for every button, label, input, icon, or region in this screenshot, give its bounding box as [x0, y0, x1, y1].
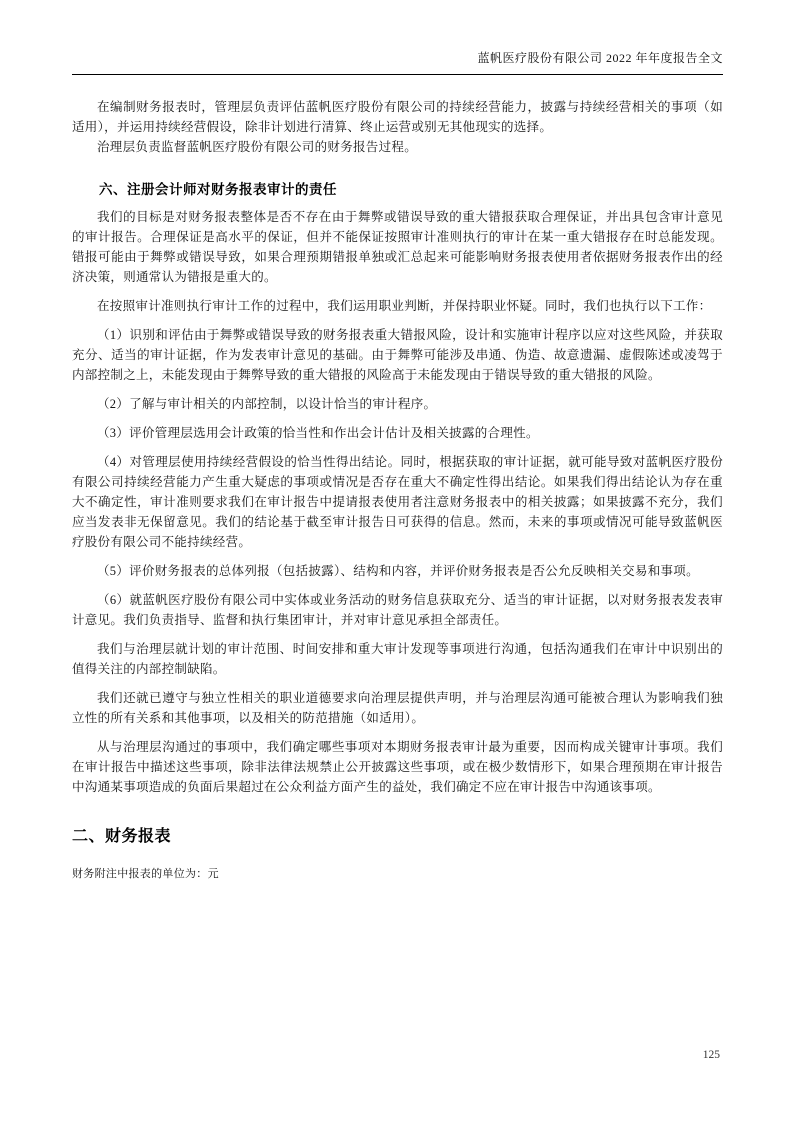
header-title: 蓝帆医疗股份有限公司 2022 年年度报告全文	[477, 51, 723, 65]
audit-list-item-4: （4）对管理层使用持续经营假设的恰当性得出结论。同时，根据获取的审计证据，就可能…	[72, 452, 723, 552]
audit-paragraph: 我们的目标是对财务报表整体是否不存在由于舞弊或错误导致的重大错报获取合理保证，并…	[72, 207, 723, 287]
audit-list-item-2: （2）了解与审计相关的内部控制，以设计恰当的审计程序。	[72, 394, 723, 414]
section-heading-auditor-responsibility: 六、注册会计师对财务报表审计的责任	[72, 178, 723, 198]
audit-list-item-6: （6）就蓝帆医疗股份有限公司中实体或业务活动的财务信息获取充分、适当的审计证据，…	[72, 590, 723, 630]
audit-paragraph: 从与治理层沟通过的事项中，我们确定哪些事项对本期财务报表审计最为重要，因而构成关…	[72, 737, 723, 797]
page-number: 125	[703, 1049, 720, 1061]
intro-paragraph: 治理层负责监督蓝帆医疗股份有限公司的财务报告过程。	[72, 137, 723, 157]
audit-list-item-1: （1）识别和评估由于舞弊或错误导致的财务报表重大错报风险，设计和实施审计程序以应…	[72, 325, 723, 385]
audit-paragraph: 在按照审计准则执行审计工作的过程中，我们运用职业判断，并保持职业怀疑。同时，我们…	[72, 296, 723, 316]
unit-note: 财务附注中报表的单位为：元	[72, 865, 723, 881]
audit-paragraph: 我们还就已遵守与独立性相关的职业道德要求向治理层提供声明，并与治理层沟通可能被合…	[72, 688, 723, 728]
page-content: 在编制财务报表时，管理层负责评估蓝帆医疗股份有限公司的持续经营能力，披露与持续经…	[72, 97, 723, 881]
page-header: 蓝帆医疗股份有限公司 2022 年年度报告全文	[72, 50, 723, 75]
report-page: 蓝帆医疗股份有限公司 2022 年年度报告全文 在编制财务报表时，管理层负责评估…	[0, 0, 794, 1123]
audit-paragraph: 我们与治理层就计划的审计范围、时间安排和重大审计发现等事项进行沟通，包括沟通我们…	[72, 639, 723, 679]
intro-paragraph: 在编制财务报表时，管理层负责评估蓝帆医疗股份有限公司的持续经营能力，披露与持续经…	[72, 97, 723, 137]
audit-list-item-3: （3）评价管理层选用会计政策的恰当性和作出会计估计及相关披露的合理性。	[72, 423, 723, 443]
section-heading-financial-statements: 二、财务报表	[72, 823, 723, 846]
audit-list-item-5: （5）评价财务报表的总体列报（包括披露）、结构和内容，并评价财务报表是否公允反映…	[72, 561, 723, 581]
